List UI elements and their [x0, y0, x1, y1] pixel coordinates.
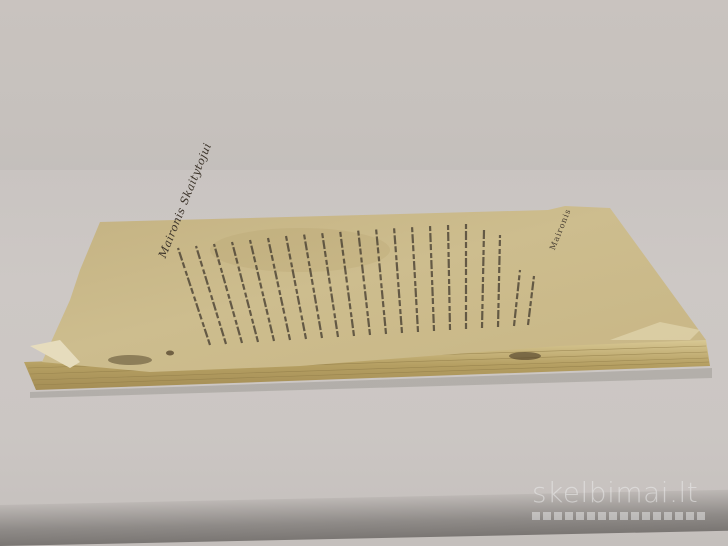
watermark-text: skelbimai.lt: [532, 478, 712, 508]
watermark: skelbimai.lt: [532, 478, 712, 520]
watermark-squares: [532, 512, 712, 520]
book-illustration: [0, 0, 728, 546]
photo-scene: Maironis Skaitytojui Maironis skelbimai.…: [0, 0, 728, 546]
